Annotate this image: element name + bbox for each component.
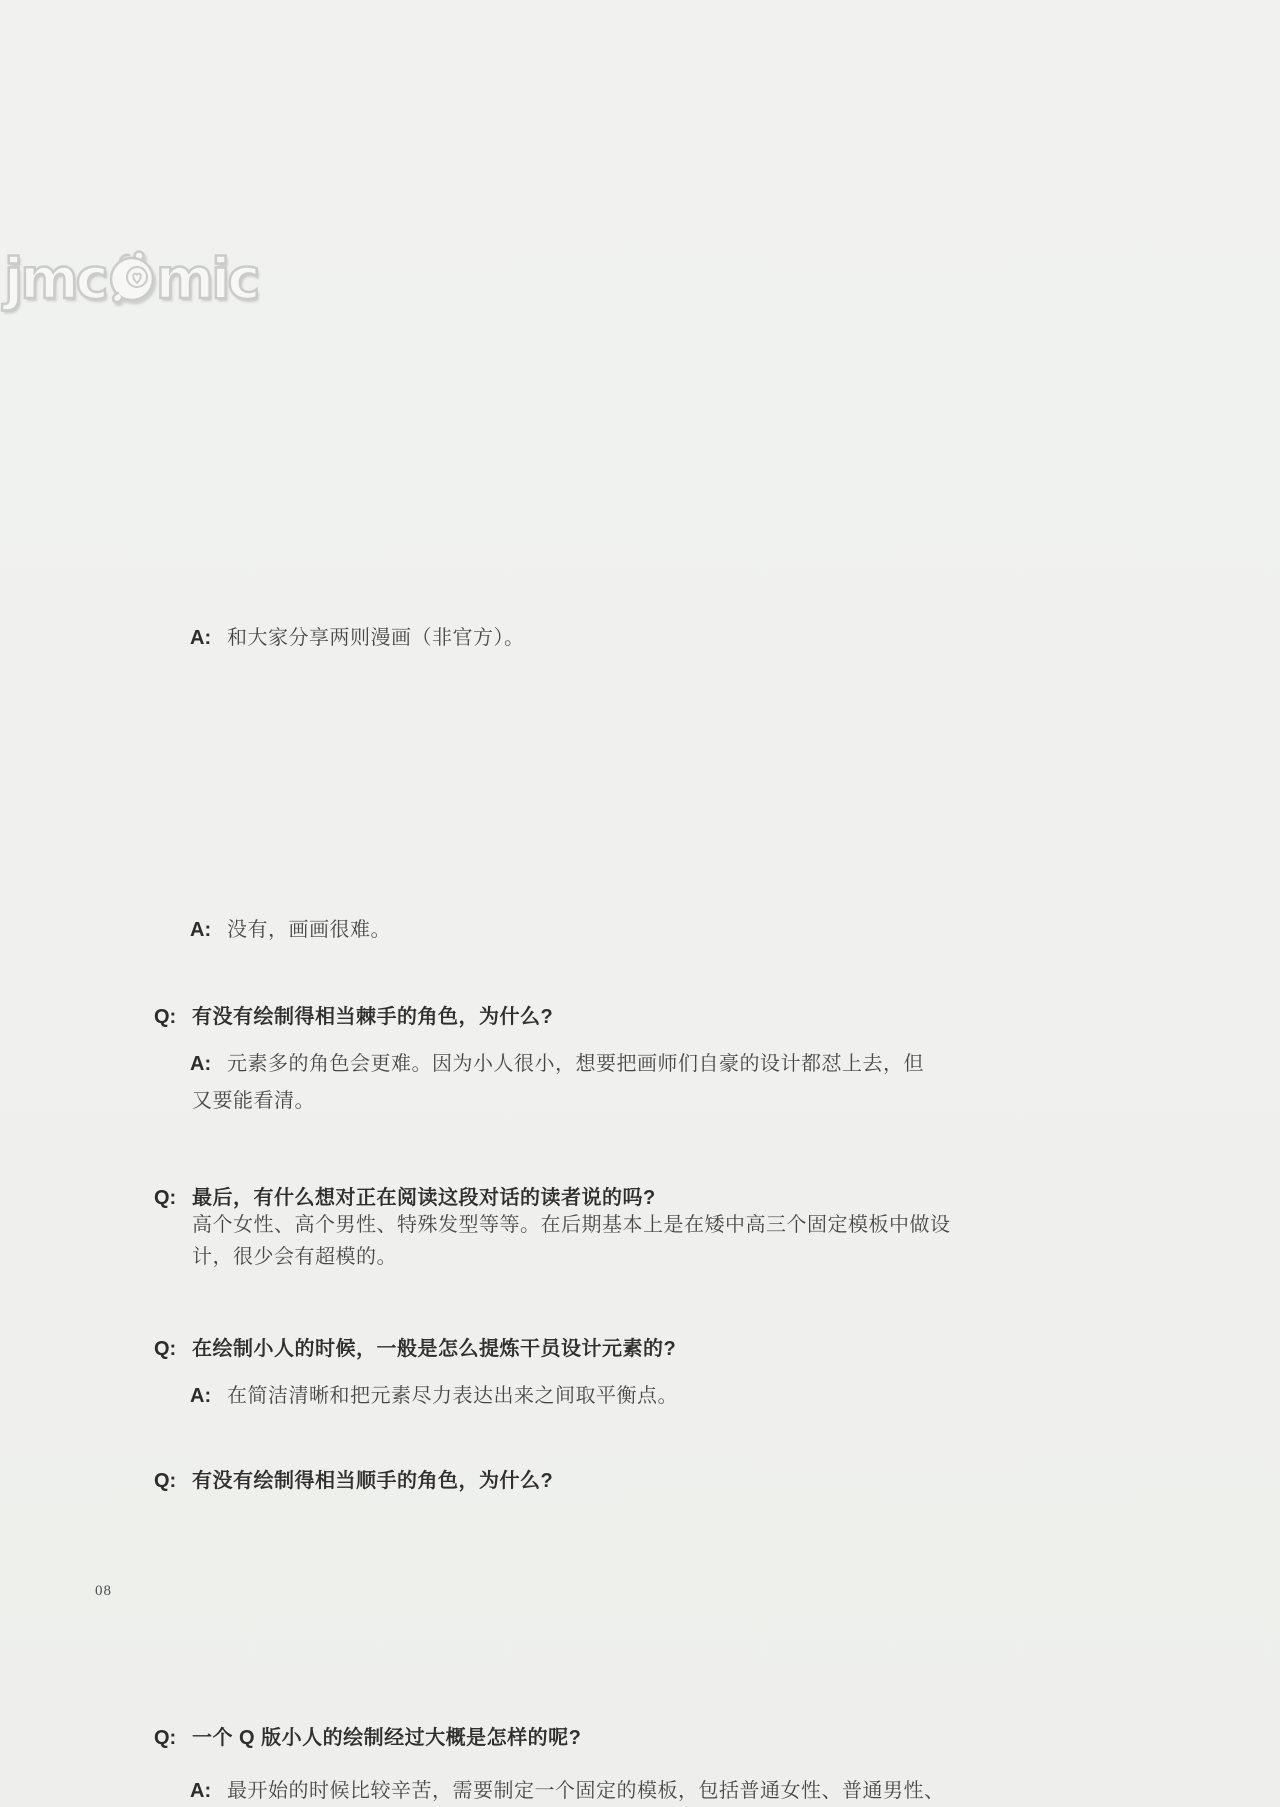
question-label: Q: xyxy=(154,1005,192,1029)
question-label: Q: xyxy=(154,1337,192,1361)
answer-text: 没有，画画很难。 xyxy=(227,919,391,941)
scanned-artbook-page: jmc mic A:和大家分享两则漫画（非官方）。 A:没有，画画很难。 Q:有… xyxy=(0,0,1280,1807)
answer-label: A: xyxy=(190,1384,227,1408)
answer-templates-line1: 高个女性、高个男性、特殊发型等等。在后期基本上是在矮中高三个固定模板中做设 xyxy=(192,1213,951,1237)
question-text: 有没有绘制得相当顺手的角色，为什么? xyxy=(192,1470,553,1492)
question-text: 在绘制小人的时候，一般是怎么提炼干员设计元素的? xyxy=(192,1338,676,1360)
answer-label: A: xyxy=(190,918,227,942)
answer-tricky-line1: A:元素多的角色会更难。因为小人很小，想要把画师们自豪的设计都怼上去，但 xyxy=(190,1052,924,1076)
question-label: Q: xyxy=(154,1469,192,1493)
answer-label: A: xyxy=(190,626,227,650)
answer-share-comics: A:和大家分享两则漫画（非官方）。 xyxy=(190,626,525,650)
answer-text: 元素多的角色会更难。因为小人很小，想要把画师们自豪的设计都怼上去，但 xyxy=(227,1053,924,1075)
answer-text: 在简洁清晰和把元素尽力表达出来之间取平衡点。 xyxy=(227,1385,678,1407)
answer-text: 和大家分享两则漫画（非官方）。 xyxy=(227,627,525,649)
question-text: 有没有绘制得相当棘手的角色，为什么? xyxy=(192,1006,553,1028)
answer-drawing-hard: A:没有，画画很难。 xyxy=(190,918,391,942)
bird-mascot-icon xyxy=(105,248,159,311)
answer-refine-elements: A:在简洁清晰和把元素尽力表达出来之间取平衡点。 xyxy=(190,1384,678,1408)
answer-tricky-line2: 又要能看清。 xyxy=(192,1089,315,1113)
answer-text: 最开始的时候比较辛苦，需要制定一个固定的模板，包括普通女性、普通男性、 xyxy=(227,1780,945,1802)
answer-chibi-process: A:最开始的时候比较辛苦，需要制定一个固定的模板，包括普通女性、普通男性、 xyxy=(190,1779,945,1803)
watermark-text-right: mic xyxy=(156,252,258,308)
question-label: Q: xyxy=(154,1726,192,1750)
question-tricky-character: Q:有没有绘制得相当棘手的角色，为什么? xyxy=(154,1005,553,1029)
answer-templates-line2: 计，很少会有超模的。 xyxy=(192,1245,397,1269)
question-label: Q: xyxy=(154,1186,192,1210)
watermark-text-left: jmc xyxy=(4,252,106,308)
answer-label: A: xyxy=(190,1052,227,1076)
question-refine-elements: Q:在绘制小人的时候，一般是怎么提炼干员设计元素的? xyxy=(154,1337,676,1361)
question-smooth-character: Q:有没有绘制得相当顺手的角色，为什么? xyxy=(154,1469,553,1493)
question-text: 最后，有什么想对正在阅读这段对话的读者说的吗? xyxy=(192,1187,656,1209)
page-number: 08 xyxy=(95,1583,112,1600)
jmcomic-watermark: jmc mic xyxy=(4,248,258,311)
question-text: 一个 Q 版小人的绘制经过大概是怎样的呢? xyxy=(192,1727,581,1749)
answer-label: A: xyxy=(190,1779,227,1803)
question-final-words: Q:最后，有什么想对正在阅读这段对话的读者说的吗? xyxy=(154,1186,656,1210)
question-chibi-process: Q:一个 Q 版小人的绘制经过大概是怎样的呢? xyxy=(154,1726,581,1750)
